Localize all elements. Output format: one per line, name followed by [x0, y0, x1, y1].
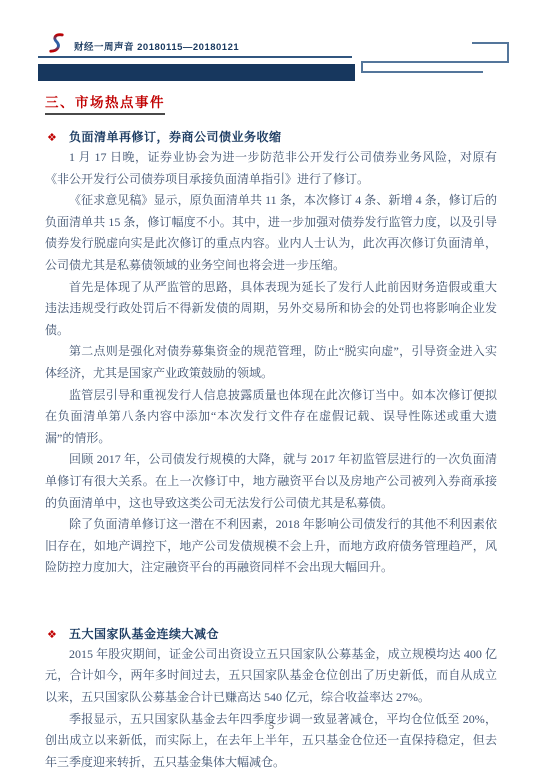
paragraph: 《征求意见稿》显示，原负面清单共 11 条，本次修订 4 条、新增 4 条，修订…	[45, 190, 497, 276]
header-brand-row: 财经一周声音 20180115—20180121	[38, 33, 352, 58]
paragraph: 季报显示，五只国家队基金去年四季度步调一致显著减仓，平均仓位低至 20%，创出成…	[45, 709, 497, 768]
topic-title: 五大国家队基金连续大减仓	[69, 625, 219, 642]
paragraph: 1 月 17 日晚，证券业协会为进一步防范非公开发行公司债券业务风险，对原有《非…	[45, 147, 497, 190]
header-navy-bar	[38, 64, 355, 81]
paragraph: 首先是体现了从严监管的思路，具体表现为延长了发行人此前因财务造假或重大违法违规受…	[45, 277, 497, 342]
paragraph: 除了负面清单修订这一潜在不利因素，2018 年影响公司债发行的其他不利因素依旧存…	[45, 514, 497, 579]
paragraph: 回顾 2017 年，公司债发行规模的大降，就与 2017 年初监管层进行的一次负…	[45, 449, 497, 514]
topic-title: 负面清单再修订，券商公司债业务收缩	[69, 128, 282, 145]
page-body: 三、市场热点事件 ❖ 负面清单再修订，券商公司债业务收缩 1 月 17 日晚，证…	[45, 91, 497, 768]
topic-heading: ❖ 五大国家队基金连续大减仓	[47, 625, 497, 642]
topic-heading: ❖ 负面清单再修订，券商公司债业务收缩	[47, 128, 497, 145]
document-page: 财经一周声音 20180115—20180121 三、市场热点事件 ❖ 负面清单…	[0, 0, 543, 768]
page-header: 财经一周声音 20180115—20180121	[38, 33, 505, 81]
paragraph: 2015 年股灾期间，证金公司出资设立五只国家队公募基金，成立规模均达 400 …	[45, 644, 497, 709]
header-brand-text: 财经一周声音 20180115—20180121	[74, 39, 239, 54]
paragraph: 监管层引导和重视发行人信息披露质量也体现在此次修订当中。如本次修订便拟在负面清单…	[45, 385, 497, 450]
topic-negative-list: ❖ 负面清单再修订，券商公司债业务收缩 1 月 17 日晚，证券业协会为进一步防…	[45, 128, 497, 579]
section-title: 三、市场热点事件	[45, 91, 165, 115]
brand-logo-icon	[46, 33, 67, 54]
bullet-diamond-icon: ❖	[47, 131, 69, 144]
topic-national-team-funds: ❖ 五大国家队基金连续大减仓 2015 年股灾期间，证金公司出资设立五只国家队公…	[45, 625, 497, 768]
page-number: 5	[0, 721, 543, 732]
paragraph: 第二点则是强化对债券募集资金的规范管理，防止“脱实向虚”，引导资金进入实体经济，…	[45, 341, 497, 384]
bullet-diamond-icon: ❖	[47, 628, 69, 641]
